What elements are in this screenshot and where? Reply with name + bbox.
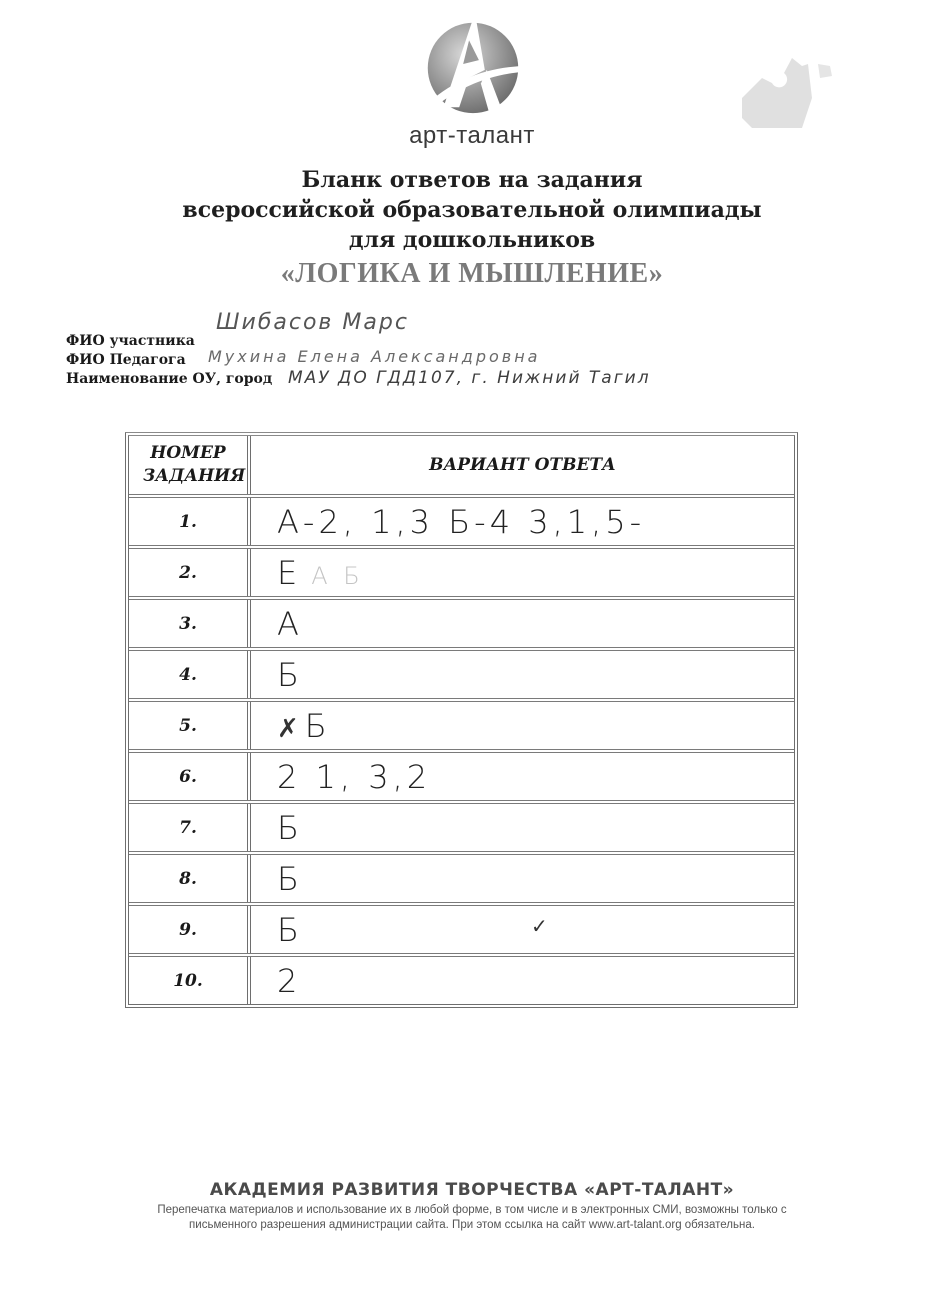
task-number: 9. xyxy=(129,906,251,953)
table-row: 1.А-2, 1,3 Б-4 3,1,5- xyxy=(129,494,794,545)
handwritten-answer: 2 xyxy=(277,959,301,1003)
handwritten-answer: 2 1, 3,2 xyxy=(277,755,431,799)
table-row: 4.Б xyxy=(129,647,794,698)
teacher-row: ФИО Педагога Мухина Елена Александровна xyxy=(66,349,272,368)
olympiad-name: «ЛОГИКА И МЫШЛЕНИЕ» xyxy=(0,258,944,290)
answer-cell[interactable]: ЕА Б xyxy=(251,549,794,596)
handwritten-answer: А xyxy=(277,602,303,646)
form-title-line-2: всероссийской образовательной олимпиады xyxy=(0,197,944,223)
table-row: 7.Б xyxy=(129,800,794,851)
footer-copyright-line-2: письменного разрешения администрации сай… xyxy=(0,1219,944,1231)
table-row: 9.Б✓ xyxy=(129,902,794,953)
answer-cell[interactable]: 2 xyxy=(251,957,794,1004)
school-name-field[interactable]: МАУ ДО ГДД107, г. Нижний Тагил xyxy=(288,368,651,388)
school-label: Наименование ОУ, город xyxy=(66,371,272,387)
answer-text: Б xyxy=(277,809,303,847)
answer-text: А xyxy=(277,605,303,643)
table-row: 5.✗Б xyxy=(129,698,794,749)
task-number: 4. xyxy=(129,651,251,698)
answer-text: 2 1, 3,2 xyxy=(277,758,431,796)
table-row: 3.А xyxy=(129,596,794,647)
answer-cell[interactable]: 2 1, 3,2 xyxy=(251,753,794,800)
handwritten-answer: Б xyxy=(277,908,303,952)
table-row: 6.2 1, 3,2 xyxy=(129,749,794,800)
table-row: 10.2 xyxy=(129,953,794,1004)
task-number: 2. xyxy=(129,549,251,596)
handwritten-answer: Б xyxy=(277,857,303,901)
task-number: 8. xyxy=(129,855,251,902)
task-number: 6. xyxy=(129,753,251,800)
task-number: 3. xyxy=(129,600,251,647)
answer-text: Б xyxy=(277,911,303,949)
check-mark-icon: ✓ xyxy=(531,914,548,938)
form-title-line-3: для дошкольников xyxy=(0,227,944,253)
participant-name-field[interactable]: Шибасов Марс xyxy=(216,310,409,335)
handwritten-answer: ✗Б xyxy=(277,704,331,751)
art-talant-logo-icon xyxy=(414,8,532,120)
answer-cell[interactable]: Б xyxy=(251,855,794,902)
number-header-text: НОМЕР ЗАДАНИЯ xyxy=(143,442,233,488)
participant-info: ФИО участника Шибасов Марс ФИО Педагога … xyxy=(66,330,272,387)
crossed-out-mark-icon: ✗ xyxy=(277,714,303,744)
answer-text: Б xyxy=(305,707,331,745)
table-row: 8.Б xyxy=(129,851,794,902)
handwritten-answer: Б xyxy=(277,653,303,697)
answer-table: НОМЕР ЗАДАНИЯ ВАРИАНТ ОТВЕТА 1.А-2, 1,3 … xyxy=(125,432,798,1008)
answer-cell[interactable]: Б✓ xyxy=(251,906,794,953)
answer-text: Б xyxy=(277,656,303,694)
teacher-name-field[interactable]: Мухина Елена Александровна xyxy=(208,347,540,366)
task-number: 7. xyxy=(129,804,251,851)
column-header-number: НОМЕР ЗАДАНИЯ xyxy=(129,436,251,494)
form-title-line-1: Бланк ответов на задания xyxy=(0,167,944,193)
answer-text: Б xyxy=(277,860,303,898)
handwritten-answer: Б xyxy=(277,806,303,850)
footer-title: АКАДЕМИЯ РАЗВИТИЯ ТВОРЧЕСТВА «АРТ-ТАЛАНТ… xyxy=(0,1180,944,1200)
answer-text: Е xyxy=(277,554,301,592)
answer-cell[interactable]: Б xyxy=(251,804,794,851)
answer-cell[interactable]: А xyxy=(251,600,794,647)
answer-cell[interactable]: ✗Б xyxy=(251,702,794,749)
task-number: 5. xyxy=(129,702,251,749)
puzzle-watermark-icon xyxy=(742,28,852,138)
answer-cell[interactable]: Б xyxy=(251,651,794,698)
task-number: 10. xyxy=(129,957,251,1004)
table-header-row: НОМЕР ЗАДАНИЯ ВАРИАНТ ОТВЕТА xyxy=(129,436,794,494)
footer-copyright-line-1: Перепечатка материалов и использование и… xyxy=(0,1204,944,1216)
table-row: 2.ЕА Б xyxy=(129,545,794,596)
school-row: Наименование ОУ, город МАУ ДО ГДД107, г.… xyxy=(66,368,272,387)
participant-label: ФИО участника xyxy=(66,333,195,349)
task-number: 1. xyxy=(129,498,251,545)
handwritten-answer: А-2, 1,3 Б-4 3,1,5- xyxy=(277,500,645,544)
answer-text: А-2, 1,3 Б-4 3,1,5- xyxy=(277,503,645,541)
handwritten-answer: ЕА Б xyxy=(277,551,364,598)
faint-answer-text: А Б xyxy=(311,562,364,590)
teacher-label: ФИО Педагога xyxy=(66,352,186,368)
column-header-answer: ВАРИАНТ ОТВЕТА xyxy=(251,436,794,494)
answer-text: 2 xyxy=(277,962,301,1000)
answer-cell[interactable]: А-2, 1,3 Б-4 3,1,5- xyxy=(251,498,794,545)
